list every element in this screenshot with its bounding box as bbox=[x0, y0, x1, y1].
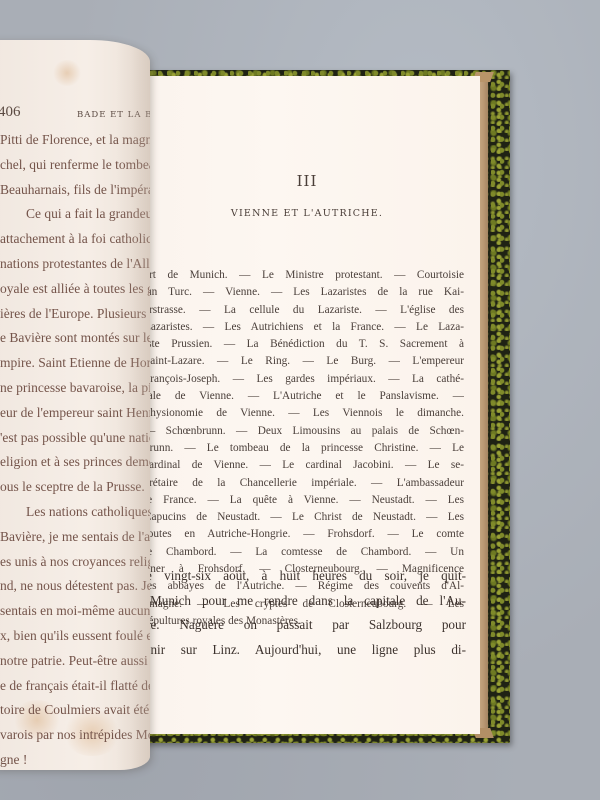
body-line: Munich pour me rendre dans la capitale d… bbox=[138, 589, 466, 614]
summary-line: art de Munich. — Le Ministre protestant.… bbox=[144, 267, 464, 284]
photo-scene: III VIENNE ET L'AUTRICHE. art de Munich.… bbox=[0, 0, 600, 800]
text-line: ous le sceptre de la Prusse. bbox=[0, 475, 150, 500]
text-line: chel, qui renferme le tombeau d bbox=[0, 153, 150, 178]
text-line: attachement à la foi catholique bbox=[0, 227, 150, 252]
foxing-stain bbox=[52, 60, 82, 86]
text-line: eligion et à ses princes demeu bbox=[0, 450, 150, 475]
body-line: Le vingt-six août, à huit heures du soir… bbox=[138, 564, 466, 589]
page-number: 406 bbox=[0, 104, 21, 121]
summary-line: 'un Turc. — Vienne. — Les Lazaristes de … bbox=[144, 284, 464, 301]
text-line: ières de l'Europe. Plusieurs prin bbox=[0, 302, 150, 327]
text-line: x, bien qu'ils eussent foulé en vi bbox=[0, 624, 150, 649]
text-line: toire de Coulmiers avait été rem bbox=[0, 698, 150, 723]
text-line: nations protestantes de l'Allem bbox=[0, 252, 150, 277]
summary-line: François-Joseph. — Les gardes impériaux.… bbox=[144, 371, 464, 388]
summary-line: le Chambord. — La comtesse de Chambord. … bbox=[144, 544, 464, 561]
summary-line: Lazaristes. — Les Autrichiens et la Fran… bbox=[144, 319, 464, 336]
text-line: nd, ne nous détestent pas. Je le bbox=[0, 574, 150, 599]
text-line: e Bavière sont montés sur le bbox=[0, 326, 150, 351]
text-line: Beauharnais, fils de l'impératrice bbox=[0, 178, 150, 203]
summary-line: iste Prussien. — La Bénédiction du T. S.… bbox=[144, 336, 464, 353]
text-line: varois par nos intrépides Mobi bbox=[0, 723, 150, 748]
text-line: Les nations catholiques sont so bbox=[0, 500, 150, 525]
text-line: mpire. Saint Etienne de Hongrie bbox=[0, 351, 150, 376]
text-line: eur de l'empereur saint Henri bbox=[0, 401, 150, 426]
text-line: gne ! bbox=[0, 748, 150, 770]
left-page: 406 BADE ET LA BAVIÈRE Pitti de Florence… bbox=[0, 40, 150, 770]
summary-line: — Schœnbrunn. — Deux Limousins au palais… bbox=[144, 423, 464, 440]
text-line: Ce qui a fait la grandeur de la bbox=[0, 202, 150, 227]
text-line: notre patrie. Peut-être aussi m bbox=[0, 649, 150, 674]
summary-line: brunn. — Le tombeau de la princesse Chri… bbox=[144, 440, 464, 457]
text-line: es unis à nos croyances religieu bbox=[0, 550, 150, 575]
text-line: Pitti de Florence, et la magnifique bbox=[0, 128, 150, 153]
text-line: oyale est alliée à toutes les grandes bbox=[0, 277, 150, 302]
chapter-body-text: Le vingt-six août, à huit heures du soir… bbox=[138, 564, 466, 662]
text-line: sentais en moi-même aucune p bbox=[0, 599, 150, 624]
summary-line: Saint-Lazare. — Le Ring. — Le Burg. — L'… bbox=[144, 353, 464, 370]
left-page-text: Pitti de Florence, et la magnifique chel… bbox=[0, 128, 150, 770]
summary-line: Physionomie de Vienne. — Les Viennois le… bbox=[144, 405, 464, 422]
summary-line: erstrasse. — La cellule du Lazariste. — … bbox=[144, 302, 464, 319]
right-page: III VIENNE ET L'AUTRICHE. art de Munich.… bbox=[134, 76, 480, 734]
chapter-number: III bbox=[134, 172, 480, 190]
chapter-title: VIENNE ET L'AUTRICHE. bbox=[134, 208, 480, 219]
summary-line: crétaire de la Chancellerie impériale. —… bbox=[144, 475, 464, 492]
summary-line: le France. — La quête à Vienne. — Neusta… bbox=[144, 492, 464, 509]
summary-line: routes en Autriche-Hongrie. — Frohsdorf.… bbox=[144, 526, 464, 543]
running-head: BADE ET LA BAVIÈRE bbox=[77, 110, 150, 120]
summary-line: Capucins de Neustadt. — Le Christ de Neu… bbox=[144, 509, 464, 526]
body-line: che. Naguère on passait par Salzbourg po… bbox=[138, 613, 466, 638]
text-line: Bavière, je me sentais de l'atta bbox=[0, 525, 150, 550]
text-line: ne princesse bavaroise, la pi bbox=[0, 376, 150, 401]
text-line: e de français était-il flatté de la p bbox=[0, 674, 150, 699]
text-line: 'est pas possible qu'une nation bbox=[0, 426, 150, 451]
summary-line: cardinal de Vienne. — Le cardinal Jacobi… bbox=[144, 457, 464, 474]
summary-line: rale de Vienne. — L'Autriche et le Pansl… bbox=[144, 388, 464, 405]
body-line: venir sur Linz. Aujourd'hui, une ligne p… bbox=[138, 638, 466, 663]
